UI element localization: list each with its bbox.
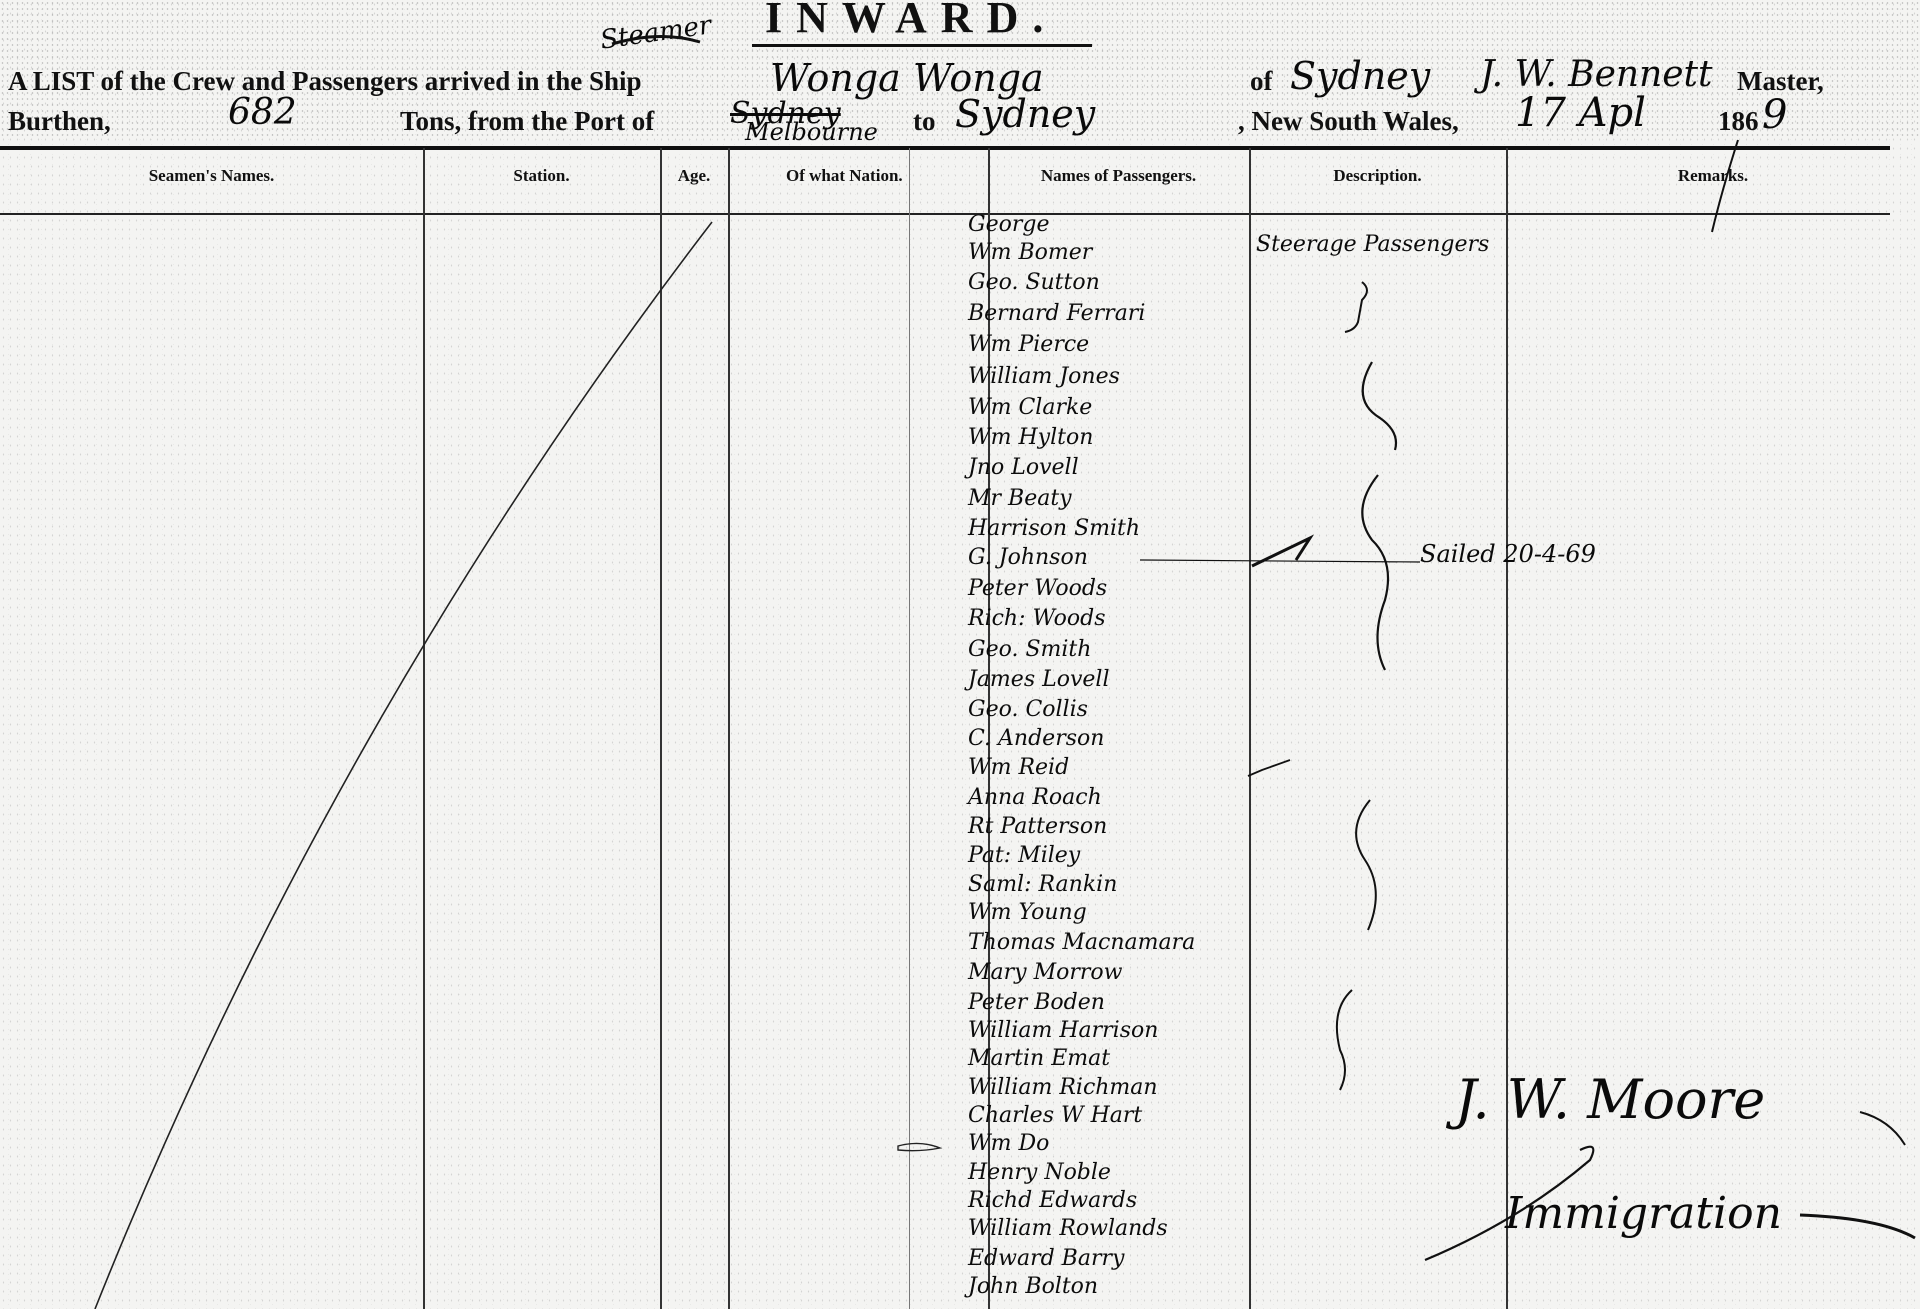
passenger-name: Peter Woods (968, 576, 1107, 601)
passenger-name: George (968, 212, 1049, 237)
passenger-name: Rt Patterson (968, 814, 1107, 839)
passenger-name: Martin Emat (968, 1046, 1110, 1071)
to-label: to (913, 106, 936, 137)
passenger-name: John Bolton (968, 1274, 1098, 1299)
description-entry: Steerage Passengers (1256, 232, 1489, 257)
column-header-nation: Of what Nation. (728, 166, 988, 186)
column-divider (1249, 148, 1251, 1309)
table-header-rule (0, 213, 1890, 215)
passenger-name: Anna Roach (968, 785, 1102, 810)
remarks-entry: Sailed 20-4-69 (1420, 540, 1596, 568)
tonnage: 682 (228, 92, 297, 133)
document-title: INWARD. (765, 0, 1057, 43)
passenger-name: Thomas Macnamara (968, 930, 1195, 955)
passenger-name: Pat: Miley (968, 843, 1080, 868)
list-prefix: A LIST of the Crew and Passengers arrive… (8, 66, 642, 96)
column-header-description: Description. (1249, 166, 1506, 186)
passenger-name: Mary Morrow (968, 960, 1122, 985)
passenger-name: Wm Hylton (968, 425, 1093, 450)
title-underline (752, 44, 1092, 47)
cancellation-line (95, 222, 712, 1309)
passenger-name: William Harrison (968, 1018, 1158, 1043)
burthen-label: Burthen, (8, 106, 111, 137)
column-divider (909, 148, 910, 1309)
passenger-name: Peter Boden (968, 990, 1105, 1015)
passenger-name: William Richman (968, 1075, 1158, 1100)
column-header-age: Age. (660, 166, 728, 186)
officer-signature: J. W. Moore (1455, 1068, 1765, 1131)
passenger-name: Wm Clarke (968, 395, 1092, 420)
port-to: Sydney (955, 92, 1095, 136)
passenger-name: Charles W Hart (968, 1103, 1142, 1128)
passenger-name: Wm Do (968, 1131, 1049, 1156)
passenger-name: Richd Edwards (968, 1188, 1137, 1213)
passenger-name: William Jones (968, 364, 1120, 389)
passenger-name: Jno Lovell (968, 455, 1079, 480)
column-divider (660, 148, 662, 1309)
passenger-name: Saml: Rankin (968, 872, 1117, 897)
passenger-name: James Lovell (968, 667, 1109, 692)
passenger-name: G. Johnson (968, 545, 1088, 570)
column-divider (1506, 148, 1508, 1309)
passenger-name: Mr Beaty (968, 486, 1072, 511)
tons-from-label: Tons, from the Port of (400, 106, 654, 137)
column-header-station: Station. (423, 166, 660, 186)
home-port: Sydney (1290, 54, 1430, 98)
vessel-type-annotation: Steamer (598, 10, 713, 55)
passenger-name: William Rowlands (968, 1216, 1168, 1241)
passenger-name: Rich: Woods (968, 606, 1105, 631)
passenger-name: Wm Reid (968, 755, 1069, 780)
passenger-name: Geo. Sutton (968, 270, 1100, 295)
colony-label: , New South Wales, (1238, 106, 1459, 137)
of-label: of (1250, 66, 1273, 97)
year-printed: 186 (1718, 106, 1759, 137)
second-signature: Immigration (1505, 1188, 1782, 1239)
port-from: Melbourne (745, 118, 878, 146)
column-header-passengers: Names of Passengers. (988, 166, 1249, 186)
passenger-name: Harrison Smith (968, 516, 1140, 541)
passenger-name: C. Anderson (968, 726, 1104, 751)
year-handwritten: 9 (1762, 92, 1787, 138)
column-divider (423, 148, 425, 1309)
passenger-name: Geo. Collis (968, 697, 1088, 722)
passenger-name: Henry Noble (968, 1160, 1111, 1185)
passenger-name: Geo. Smith (968, 637, 1091, 662)
arrival-date: 17 Apl (1515, 90, 1646, 136)
column-header-remarks: Remarks. (1506, 166, 1920, 186)
passenger-name: Wm Young (968, 900, 1087, 925)
passenger-name: Edward Barry (968, 1246, 1124, 1271)
column-header-seamen: Seamen's Names. (0, 166, 423, 186)
passenger-name: Wm Bomer (968, 240, 1092, 265)
master-name: J. W. Bennett (1480, 54, 1713, 95)
passenger-name: Wm Pierce (968, 332, 1089, 357)
header-line-1: A LIST of the Crew and Passengers arrive… (8, 66, 642, 97)
column-divider (728, 148, 730, 1309)
passenger-name: Bernard Ferrari (968, 301, 1145, 326)
table-top-rule (0, 146, 1890, 150)
